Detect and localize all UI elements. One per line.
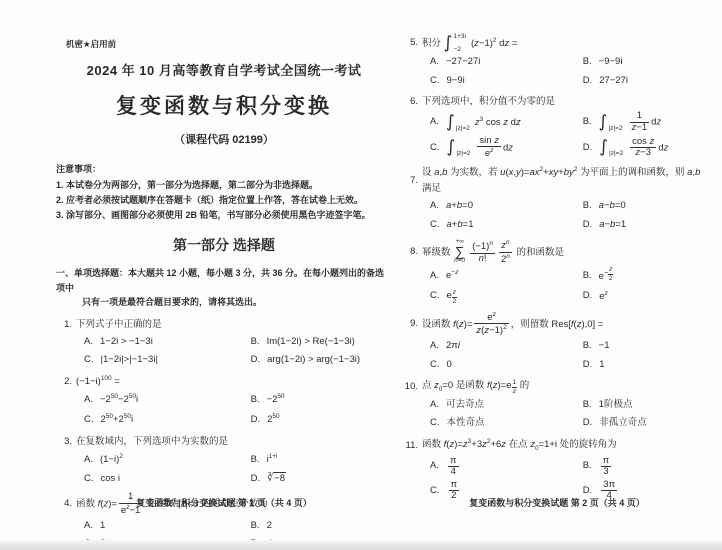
option-value: π3 bbox=[599, 456, 712, 478]
question-stem: 10. 点 z0=0 是函数 f(z)=e1z 的 bbox=[402, 378, 712, 395]
question: 10. 点 z0=0 是函数 f(z)=e1z 的 A. 可去奇点 B. 1阶极… bbox=[402, 378, 712, 432]
option-value: a+b=1 bbox=[447, 217, 579, 234]
note-item-2: 2. 应考者必须按试题顺序在答题卡（纸）指定位置上作答，答在试卷上无效。 bbox=[56, 193, 392, 208]
question-text: 设函数 f(z)=ezz(z−1)2，则留数 Res[f(z),0] = bbox=[422, 311, 712, 338]
question: 2. (−1−i)100 = A. −250−250i B. −250 C. 2… bbox=[56, 374, 392, 429]
question-stem: 9. 设函数 f(z)=ezz(z−1)2，则留数 Res[f(z),0] = bbox=[402, 311, 712, 338]
option-value: ∛−8 bbox=[267, 471, 392, 488]
option-d: D. ∫ |z|=2cos zz−3dz bbox=[583, 136, 712, 160]
question-stem: 5. 积分 ∫1+3i−2(z−1)2 dz = bbox=[402, 34, 712, 53]
option-label: D. bbox=[583, 415, 593, 432]
option-value: e−z bbox=[446, 267, 579, 285]
part1-heading: 第一部分 选择题 bbox=[56, 235, 392, 255]
option-label: C. bbox=[84, 471, 94, 488]
option-b: B. π3 bbox=[583, 456, 712, 478]
option-value: Im(1−2i) > Re(−1−3i) bbox=[267, 334, 392, 351]
question-text: 在复数域内，下列选项中为实数的是 bbox=[76, 434, 392, 450]
option-a: A. −250−250i bbox=[84, 391, 247, 409]
option-value: 本性奇点 bbox=[447, 415, 579, 432]
option-value: 1 bbox=[599, 357, 712, 374]
question-number: 9. bbox=[402, 316, 418, 332]
option-label: B. bbox=[251, 334, 260, 351]
question-number: 11. bbox=[402, 438, 418, 454]
exam-paper-scan: 机密★启用前 2024 年 10 月高等教育自学考试全国统一考试 复变函数与积分… bbox=[0, 0, 722, 550]
option-label: B. bbox=[251, 452, 260, 469]
photo-edge-shadow bbox=[0, 540, 722, 550]
option-b: B. −9−9i bbox=[583, 54, 712, 71]
option-b: B. −1 bbox=[583, 338, 712, 355]
option-c: C. 本性奇点 bbox=[430, 415, 579, 432]
question: 5. 积分 ∫1+3i−2(z−1)2 dz = A. −27−27i B. −… bbox=[402, 34, 712, 89]
question-stem: 3. 在复数域内，下列选项中为实数的是 bbox=[56, 434, 392, 450]
option-c: C. ez2 bbox=[430, 288, 579, 306]
option-label: B. bbox=[251, 392, 260, 409]
option-d: D. ∛−8 bbox=[251, 471, 392, 488]
question-text: 下列式子中正确的是 bbox=[76, 317, 392, 333]
option-value: cos i bbox=[101, 471, 247, 488]
option-d: D. 1 bbox=[583, 357, 712, 374]
option-label: A. bbox=[430, 397, 439, 414]
question-options: A. a+b=0 B. a−b=0 C. a+b=1 D. a−b=1 bbox=[402, 198, 712, 233]
option-d: D. 非孤立奇点 bbox=[583, 415, 712, 432]
option-value: 1 bbox=[100, 518, 247, 535]
question-text: 下列选项中，积分值不为零的是 bbox=[422, 94, 712, 110]
option-a: A. π4 bbox=[430, 456, 579, 478]
section-intro: 一、单项选择题：本大题共 12 小题，每小题 3 分，共 36 分。在每小题列出… bbox=[56, 266, 392, 309]
question-text: 设 a,b 为实数，若 u(x,y)=ax2+xy+by2 为平面上的调和函数，… bbox=[422, 165, 712, 197]
questions-page1: 1. 下列式子中正确的是 A. 1−2i > −1−3i B. Im(1−2i)… bbox=[56, 317, 392, 550]
option-b: B. 1阶极点 bbox=[583, 397, 712, 414]
question-options: A. 1−2i > −1−3i B. Im(1−2i) > Re(−1−3i) … bbox=[56, 334, 392, 369]
option-value: 1−2i > −1−3i bbox=[100, 334, 247, 351]
option-label: A. bbox=[84, 518, 93, 535]
option-label: A. bbox=[84, 452, 93, 469]
page-2: 5. 积分 ∫1+3i−2(z−1)2 dz = A. −27−27i B. −… bbox=[402, 34, 712, 516]
option-a: A. 2πi bbox=[430, 338, 579, 355]
option-label: B. bbox=[583, 198, 592, 215]
option-value: −250−250i bbox=[100, 391, 247, 409]
option-value: 0 bbox=[447, 357, 579, 374]
classification-label: 机密★启用前 bbox=[66, 38, 392, 50]
option-label: A. bbox=[84, 392, 93, 409]
question-number: 6. bbox=[402, 94, 418, 110]
option-label: B. bbox=[583, 54, 592, 71]
question-number: 10. bbox=[402, 379, 418, 395]
option-value: 250+250i bbox=[101, 411, 247, 429]
option-label: A. bbox=[430, 338, 439, 355]
option-d: D. 27−27i bbox=[583, 73, 712, 90]
option-value: ∫ |z|=2z3 cos z dz bbox=[446, 113, 579, 132]
option-label: A. bbox=[84, 334, 93, 351]
option-label: C. bbox=[84, 412, 94, 429]
option-label: D. bbox=[583, 288, 593, 305]
option-value: arg(1−2i) > arg(−1−3i) bbox=[267, 352, 392, 369]
question-stem: 1. 下列式子中正确的是 bbox=[56, 317, 392, 333]
page2-footer: 复变函数与积分变换试题 第 2 页（共 4 页） bbox=[402, 496, 712, 509]
option-value: π4 bbox=[446, 456, 579, 478]
option-a: A. 可去奇点 bbox=[430, 397, 579, 414]
question: 6. 下列选项中，积分值不为零的是 A. ∫ |z|=2z3 cos z dz … bbox=[402, 94, 712, 160]
page1-footer: 复变函数与积分变换试题 第 1 页（共 4 页） bbox=[56, 496, 392, 509]
option-value: 2πi bbox=[446, 338, 579, 355]
option-label: B. bbox=[583, 397, 592, 414]
option-c: C. |1−2i|>|−1−3i| bbox=[84, 352, 247, 369]
option-label: D. bbox=[583, 140, 593, 157]
question: 1. 下列式子中正确的是 A. 1−2i > −1−3i B. Im(1−2i)… bbox=[56, 317, 392, 369]
option-c: C. 0 bbox=[430, 357, 579, 374]
option-label: A. bbox=[430, 458, 439, 475]
notes-heading: 注意事项： bbox=[56, 162, 392, 177]
option-label: C. bbox=[430, 288, 440, 305]
question-stem: 6. 下列选项中，积分值不为零的是 bbox=[402, 94, 712, 110]
option-value: 27−27i bbox=[599, 73, 712, 90]
option-value: i1+i bbox=[267, 451, 392, 469]
question-text: 函数 f(z)=z3+3z2+6z 在点 z0=1+i 处的旋转角为 bbox=[422, 437, 712, 455]
option-label: D. bbox=[583, 217, 593, 234]
option-value: 250 bbox=[267, 411, 392, 429]
option-label: D. bbox=[583, 357, 593, 374]
option-b: B. i1+i bbox=[251, 451, 392, 469]
question-text: 幂级数 +∞∑n=0(−1)nn!zn2n 的和函数是 bbox=[422, 239, 712, 266]
option-a: A. a+b=0 bbox=[430, 198, 579, 215]
option-value: a−b=1 bbox=[599, 217, 712, 234]
option-b: B. Im(1−2i) > Re(−1−3i) bbox=[251, 334, 392, 351]
option-value: ez2 bbox=[447, 288, 579, 305]
section-intro-line1: 一、单项选择题：本大题共 12 小题，每小题 3 分，共 36 分。在每小题列出… bbox=[56, 266, 392, 295]
question-stem: 7. 设 a,b 为实数，若 u(x,y)=ax2+xy+by2 为平面上的调和… bbox=[402, 165, 712, 197]
exam-title: 复变函数与积分变换 bbox=[56, 90, 392, 120]
option-label: C. bbox=[430, 73, 440, 90]
option-value: (1−i)2 bbox=[100, 451, 247, 469]
option-label: A. bbox=[430, 114, 439, 131]
option-value: 9−9i bbox=[447, 73, 579, 90]
option-label: C. bbox=[430, 357, 440, 374]
question-text: (−1−i)100 = bbox=[76, 374, 392, 390]
questions-page2: 5. 积分 ∫1+3i−2(z−1)2 dz = A. −27−27i B. −… bbox=[402, 34, 712, 502]
option-label: C. bbox=[430, 217, 440, 234]
option-value: −1 bbox=[599, 338, 712, 355]
option-a: A. 1 bbox=[84, 518, 247, 535]
option-d: D. arg(1−2i) > arg(−1−3i) bbox=[251, 352, 392, 369]
question-options: A. 可去奇点 B. 1阶极点 C. 本性奇点 D. 非孤立奇点 bbox=[402, 397, 712, 432]
option-d: D. a−b=1 bbox=[583, 217, 712, 234]
question-options: A. −27−27i B. −9−9i C. 9−9i D. 27−27i bbox=[402, 54, 712, 89]
option-value: ∫ |z|=2sin zezdz bbox=[447, 136, 579, 160]
question-number: 7. bbox=[402, 173, 418, 189]
option-value: 2 bbox=[267, 518, 392, 535]
question-number: 3. bbox=[56, 434, 72, 450]
option-value: |1−2i|>|−1−3i| bbox=[101, 352, 247, 369]
option-value: −250 bbox=[267, 391, 392, 409]
option-value: ∫ |z|=21z−1dz bbox=[599, 111, 712, 133]
option-label: B. bbox=[251, 518, 260, 535]
course-code: （课程代码 02199） bbox=[56, 131, 392, 147]
option-label: B. bbox=[583, 338, 592, 355]
option-value: 1阶极点 bbox=[599, 397, 712, 414]
notes-section: 注意事项： 1. 本试卷分为两部分，第一部分为选择题，第二部分为非选择题。 2.… bbox=[56, 162, 392, 222]
option-label: C. bbox=[430, 140, 440, 157]
option-label: A. bbox=[430, 268, 439, 285]
option-b: B. ∫ |z|=21z−1dz bbox=[583, 111, 712, 133]
option-b: B. −250 bbox=[251, 391, 392, 409]
page-1: 机密★启用前 2024 年 10 月高等教育自学考试全国统一考试 复变函数与积分… bbox=[56, 34, 392, 516]
question: 7. 设 a,b 为实数，若 u(x,y)=ax2+xy+by2 为平面上的调和… bbox=[402, 165, 712, 234]
option-a: A. −27−27i bbox=[430, 54, 579, 71]
question-text: 积分 ∫1+3i−2(z−1)2 dz = bbox=[422, 34, 712, 53]
option-label: D. bbox=[251, 352, 261, 369]
option-value: ∫ |z|=2cos zz−3dz bbox=[599, 137, 712, 159]
question-number: 8. bbox=[402, 244, 418, 260]
option-c: C. ∫ |z|=2sin zezdz bbox=[430, 136, 579, 160]
option-label: D. bbox=[251, 412, 261, 429]
option-label: C. bbox=[430, 415, 440, 432]
question: 9. 设函数 f(z)=ezz(z−1)2，则留数 Res[f(z),0] = … bbox=[402, 311, 712, 374]
note-item-1: 1. 本试卷分为两部分，第一部分为选择题，第二部分为非选择题。 bbox=[56, 178, 392, 193]
option-a: A. 1−2i > −1−3i bbox=[84, 334, 247, 351]
option-value: a−b=0 bbox=[599, 198, 712, 215]
option-c: C. a+b=1 bbox=[430, 217, 579, 234]
option-b: B. 2 bbox=[251, 518, 392, 535]
question-options: A. −250−250i B. −250 C. 250+250i D. 250 bbox=[56, 391, 392, 429]
option-d: D. 250 bbox=[251, 411, 392, 429]
option-value: a+b=0 bbox=[446, 198, 579, 215]
option-b: B. e−z2 bbox=[583, 266, 712, 285]
option-c: C. 250+250i bbox=[84, 411, 247, 429]
exam-session-title: 2024 年 10 月高等教育自学考试全国统一考试 bbox=[56, 60, 392, 79]
option-a: A. e−z bbox=[430, 266, 579, 285]
option-label: D. bbox=[251, 471, 261, 488]
question-stem: 8. 幂级数 +∞∑n=0(−1)nn!zn2n 的和函数是 bbox=[402, 239, 712, 266]
question-number: 2. bbox=[56, 374, 72, 390]
option-value: e−z2 bbox=[599, 266, 712, 285]
question: 3. 在复数域内，下列选项中为实数的是 A. (1−i)2 B. i1+i C.… bbox=[56, 434, 392, 488]
question-options: A. 2πi B. −1 C. 0 D. 1 bbox=[402, 338, 712, 373]
option-label: A. bbox=[430, 198, 439, 215]
question-options: A. (1−i)2 B. i1+i C. cos i D. ∛−8 bbox=[56, 451, 392, 487]
section-intro-line2: 只有一项是最符合题目要求的，请将其选出。 bbox=[56, 295, 392, 309]
option-value: ez bbox=[599, 288, 712, 306]
option-c: C. cos i bbox=[84, 471, 247, 488]
option-a: A. (1−i)2 bbox=[84, 451, 247, 469]
question-options: A. e−z B. e−z2 C. ez2 D. ez bbox=[402, 266, 712, 305]
question: 11. 函数 f(z)=z3+3z2+6z 在点 z0=1+i 处的旋转角为 A… bbox=[402, 437, 712, 502]
question-stem: 11. 函数 f(z)=z3+3z2+6z 在点 z0=1+i 处的旋转角为 bbox=[402, 437, 712, 455]
option-value: −9−9i bbox=[599, 54, 712, 71]
option-a: A. ∫ |z|=2z3 cos z dz bbox=[430, 111, 579, 133]
option-value: 非孤立奇点 bbox=[599, 415, 712, 432]
option-label: B. bbox=[583, 268, 592, 285]
option-b: B. a−b=0 bbox=[583, 198, 712, 215]
question-text: 点 z0=0 是函数 f(z)=e1z 的 bbox=[422, 378, 712, 395]
note-item-3: 3. 涂写部分、画图部分必须使用 2B 铅笔，书写部分必须使用黑色字迹签字笔。 bbox=[56, 208, 392, 223]
question-number: 1. bbox=[56, 317, 72, 333]
option-label: D. bbox=[583, 73, 593, 90]
option-c: C. 9−9i bbox=[430, 73, 579, 90]
option-value: 可去奇点 bbox=[446, 397, 579, 414]
question-stem: 2. (−1−i)100 = bbox=[56, 374, 392, 390]
option-label: B. bbox=[583, 458, 592, 475]
option-label: A. bbox=[430, 54, 439, 71]
option-label: B. bbox=[583, 114, 592, 131]
option-d: D. ez bbox=[583, 288, 712, 306]
question-options: A. ∫ |z|=2z3 cos z dz B. ∫ |z|=21z−1dz C… bbox=[402, 111, 712, 160]
question-number: 5. bbox=[402, 35, 418, 51]
option-label: C. bbox=[84, 352, 94, 369]
question: 8. 幂级数 +∞∑n=0(−1)nn!zn2n 的和函数是 A. e−z B.… bbox=[402, 239, 712, 306]
option-value: −27−27i bbox=[446, 54, 579, 71]
